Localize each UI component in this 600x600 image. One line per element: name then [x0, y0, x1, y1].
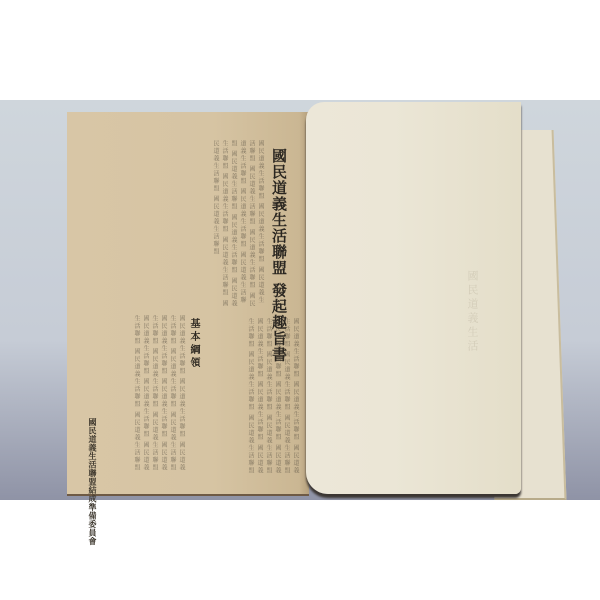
right-page-curled	[306, 102, 521, 494]
body-text-upper: 國民道義生活聯盟 國民道義生活聯盟 國民道義生活聯盟 國民道義生活聯盟 國民道義…	[85, 140, 265, 310]
right-page-bleed-through-text: 國民道義生活	[440, 270, 480, 390]
body-text-lower-left: 國民道義生活聯盟 國民道義生活聯盟 國民道義生活聯盟 國民道義生活聯盟 國民道義…	[108, 315, 186, 475]
signature-line: 國民道義生活聯盟結成準備委員會	[88, 418, 99, 546]
document-title: 國民道義生活聯盟 發起趣旨書	[271, 148, 286, 362]
section-heading: 基本綱領	[186, 318, 201, 370]
